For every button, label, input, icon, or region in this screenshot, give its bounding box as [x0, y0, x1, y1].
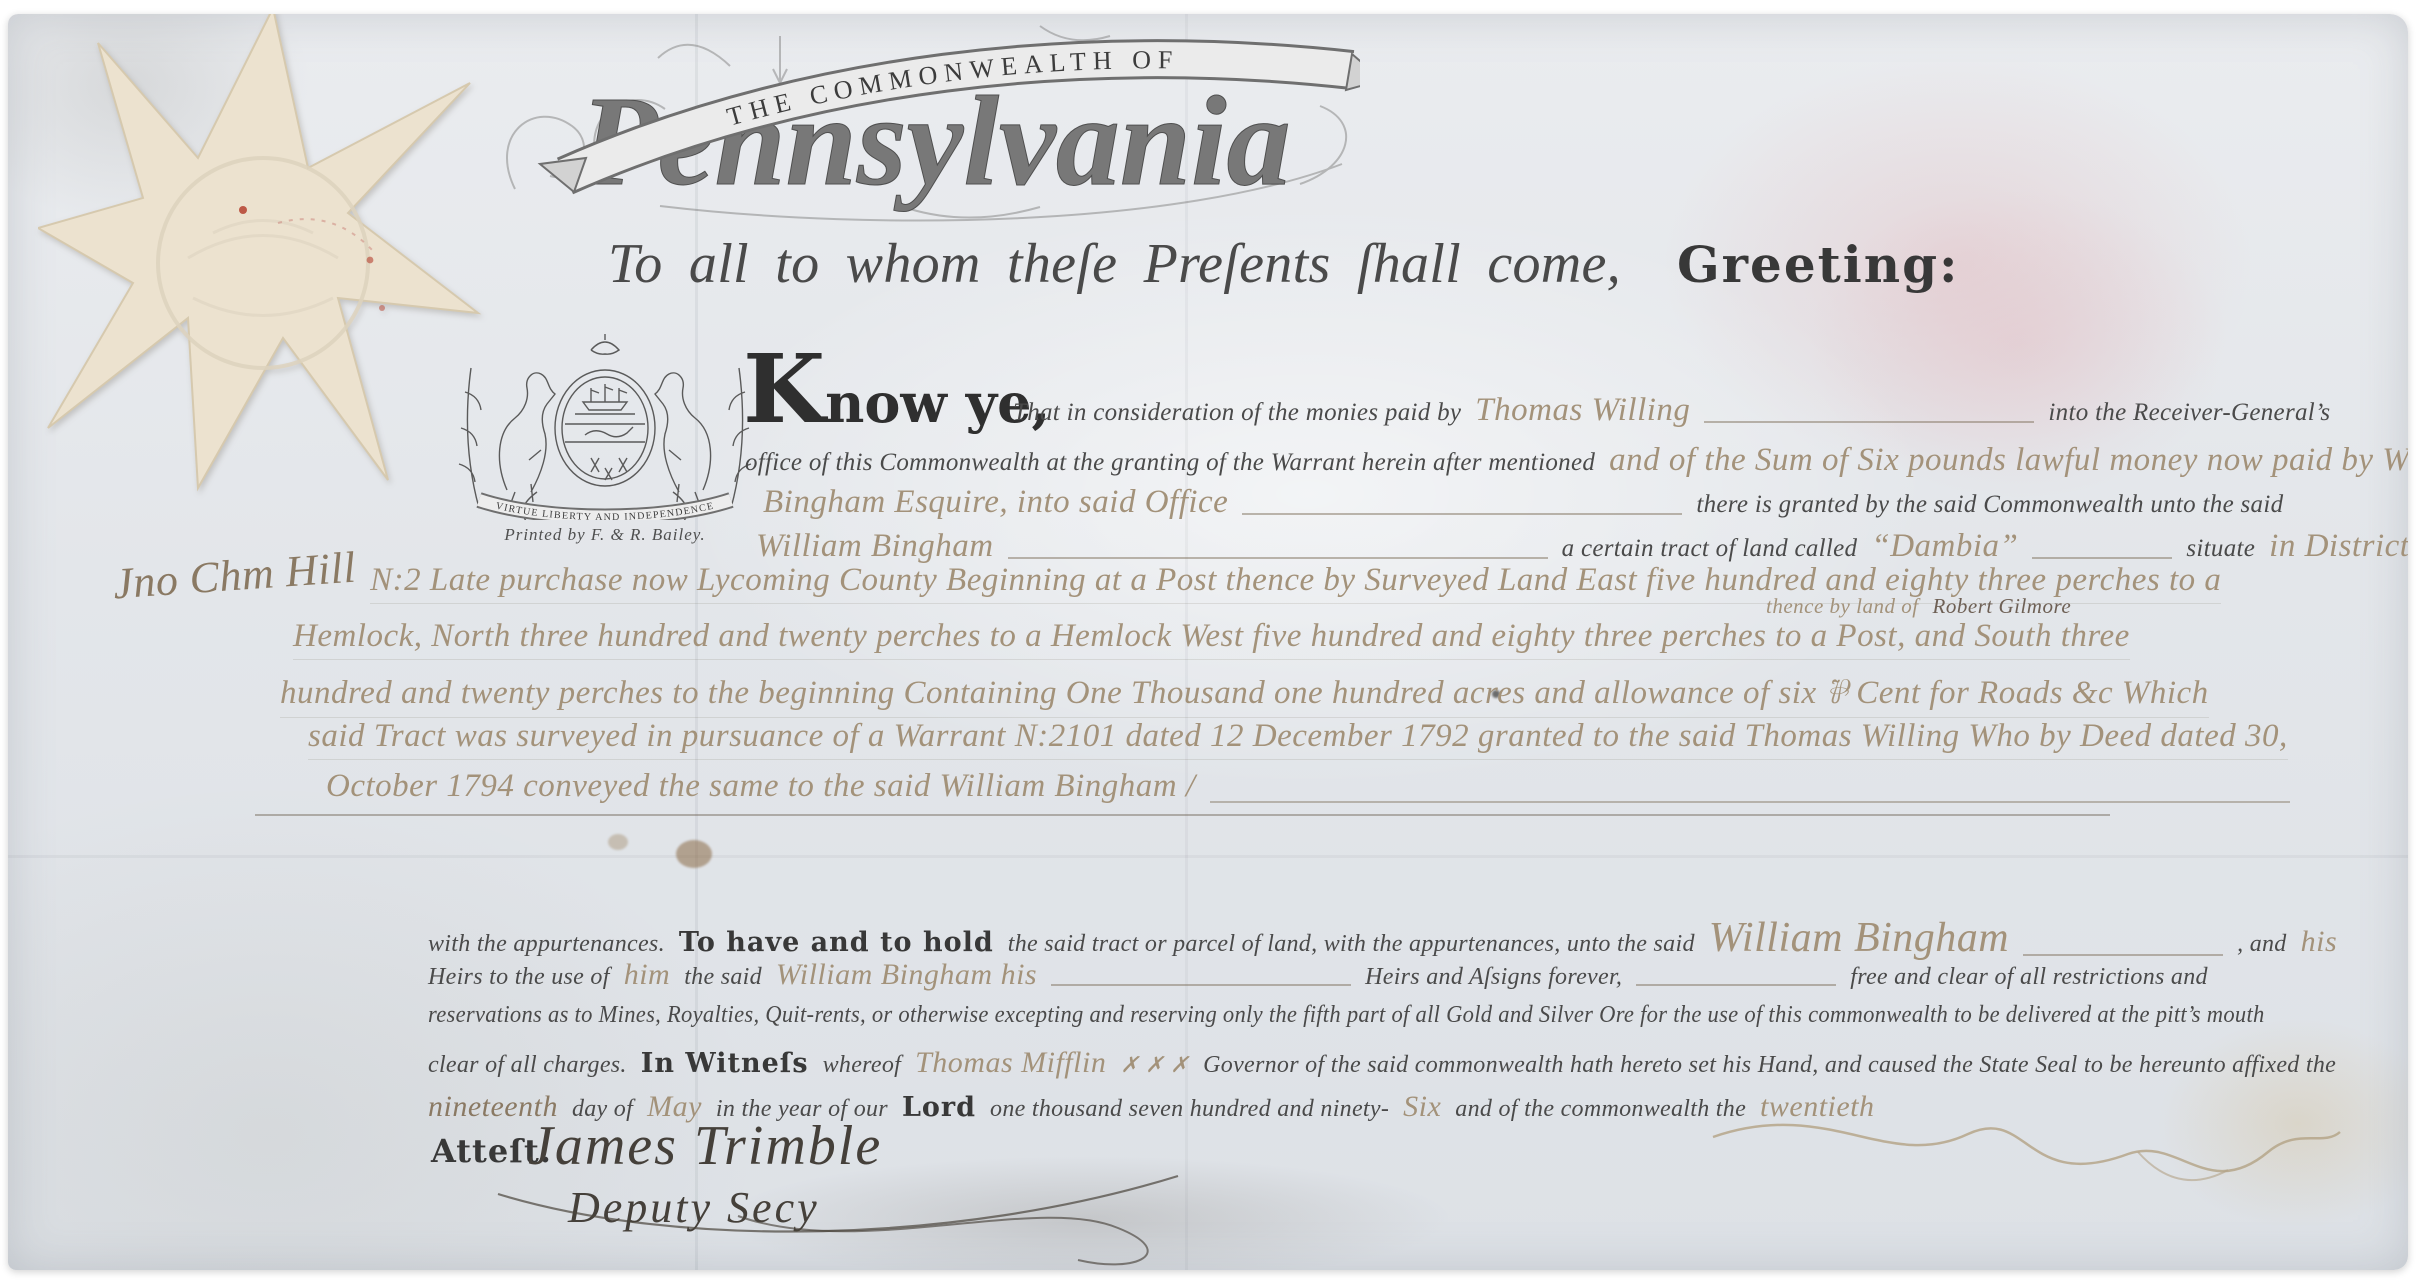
blank-rule: [1636, 984, 1836, 986]
handwritten-text: said Tract was surveyed in pursuance of …: [308, 718, 2288, 760]
handwritten-text: hundred and twenty perches to the beginn…: [280, 668, 2209, 718]
blank-rule: [1704, 421, 2034, 423]
handwritten-text: him: [624, 958, 671, 992]
handwritten-grantee: William Bingham: [1709, 914, 2009, 962]
survey-line-5: October 1794 conveyed the same to the sa…: [326, 768, 2290, 809]
printer-caption: Printed by F. & R. Bailey.: [445, 525, 765, 545]
docket-name: Jno Chm Hill: [112, 542, 358, 610]
handwritten-text: in District: [2269, 528, 2408, 565]
print-text: the said tract or parcel of land, with t…: [1008, 931, 1695, 958]
handwritten-year: Six: [1403, 1090, 1441, 1124]
engraved-header: Pennsylvania THE COMMONWEALTH OF: [480, 14, 1360, 226]
print-text: office of this Commonwealth at the grant…: [745, 449, 1595, 477]
print-text: Heirs to the use of: [428, 964, 610, 991]
print-text: there is granted by the said Commonwealt…: [1696, 491, 2283, 519]
habendum-line-1: with the appurtenances. To have and to h…: [428, 914, 2337, 962]
ink-stain: [608, 834, 628, 850]
salutation-text: To all to whom theſe Preſents ſhall come…: [608, 232, 1621, 296]
ink-stain: [676, 840, 712, 868]
handwritten-text: October 1794 conveyed the same to the sa…: [326, 768, 1196, 809]
signature-flourish: [478, 1164, 1238, 1270]
coat-of-arms-block: VIRTUE LIBERTY AND INDEPENDENCE Printed …: [445, 332, 765, 545]
parchment-sheet: Pennsylvania THE COMMONWEALTH OF To all …: [8, 14, 2408, 1270]
grant-line-1: That in consideration of the monies paid…: [1013, 392, 2330, 429]
print-text: Governor of the said commonwealth hath h…: [1203, 1052, 2336, 1079]
handwritten-text: thence by land of: [1766, 594, 1919, 619]
horse-left: [499, 373, 555, 508]
print-text: free and clear of all restrictions and: [1850, 964, 2208, 991]
wheat-sheaves: [591, 458, 627, 480]
blank-rule: [1210, 801, 2290, 803]
cornstalk-left: [459, 368, 481, 508]
habendum-line-3: reservations as to Mines, Royalties, Qui…: [428, 1002, 2265, 1029]
print-text: Heirs and Aſsigns forever,: [1365, 964, 1622, 991]
know-ye-heading: Know ye,: [743, 352, 1050, 435]
fold-crease: [8, 855, 2408, 858]
print-text: , and: [2237, 931, 2287, 958]
handwritten-text: and of the Sum of Six pounds lawful mone…: [1609, 442, 2408, 479]
closing-rule: [255, 814, 2110, 816]
grant-line-3: Bingham Esquire, into said Office there …: [763, 484, 2283, 521]
blank-rule: [1242, 513, 1682, 515]
eagle-crest: [591, 334, 619, 354]
print-text: and of the commonwealth the: [1455, 1096, 1746, 1123]
print-text: clear of all charges.: [428, 1052, 627, 1079]
handwritten-text: Bingham Esquire, into said Office: [763, 484, 1228, 521]
seal-star-paper: [38, 14, 478, 488]
document-scan: Pennsylvania THE COMMONWEALTH OF To all …: [0, 0, 2419, 1281]
print-text: into the Receiver-General’s: [2048, 399, 2330, 427]
print-text: reservations as to Mines, Royalties, Qui…: [428, 1002, 2265, 1029]
handwritten-text: his: [2301, 925, 2338, 959]
lord-heading: Lord: [902, 1092, 976, 1123]
salutation-line: To all to whom theſe Preſents ſhall come…: [608, 232, 1960, 296]
pen-flourish: [1708, 1092, 2348, 1222]
handwritten-text: William Bingham his: [776, 958, 1037, 992]
horse-right: [655, 373, 711, 508]
greeting-text: Greeting:: [1677, 235, 1960, 294]
adjoiner-name: Robert Gilmore: [1933, 594, 2072, 619]
grant-line-2: office of this Commonwealth at the grant…: [745, 442, 2408, 479]
habendum-line-2: Heirs to the use of him the said William…: [428, 958, 2208, 992]
interline-note: thence by land of Robert Gilmore: [1766, 594, 2071, 619]
to-have-and-to-hold: To have and to hold: [679, 927, 994, 958]
plow-device: [565, 424, 645, 442]
print-text: whereof: [823, 1052, 902, 1079]
blank-rule: [2023, 954, 2223, 956]
ship-device: [575, 384, 635, 414]
survey-line-2: Hemlock, North three hundred and twenty …: [293, 618, 2130, 660]
wax-speck: [239, 206, 247, 214]
in-witness-heading: In Witneſs: [641, 1048, 809, 1079]
pen-marks: ✗ ✗ ✗: [1120, 1052, 1189, 1078]
wafer-seal-star: [38, 14, 484, 494]
coat-of-arms: VIRTUE LIBERTY AND INDEPENDENCE: [445, 332, 765, 520]
handwritten-text: Hemlock, North three hundred and twenty …: [293, 618, 2130, 660]
survey-line-4: said Tract was surveyed in pursuance of …: [308, 718, 2288, 760]
witness-line: clear of all charges. In Witneſs whereof…: [428, 1046, 2336, 1080]
wax-speck: [367, 257, 374, 264]
handwritten-grantor: Thomas Willing: [1475, 392, 1690, 429]
governor-name: Thomas Mifflin: [915, 1046, 1106, 1080]
print-text: one thousand seven hundred and ninety-: [990, 1096, 1389, 1123]
print-text: with the appurtenances.: [428, 931, 665, 958]
blank-rule: [1051, 984, 1351, 986]
print-text: That in consideration of the monies paid…: [1013, 399, 1461, 427]
wax-speck: [379, 305, 385, 311]
print-text: the said: [684, 964, 762, 991]
survey-line-3: hundred and twenty perches to the beginn…: [280, 668, 2209, 718]
